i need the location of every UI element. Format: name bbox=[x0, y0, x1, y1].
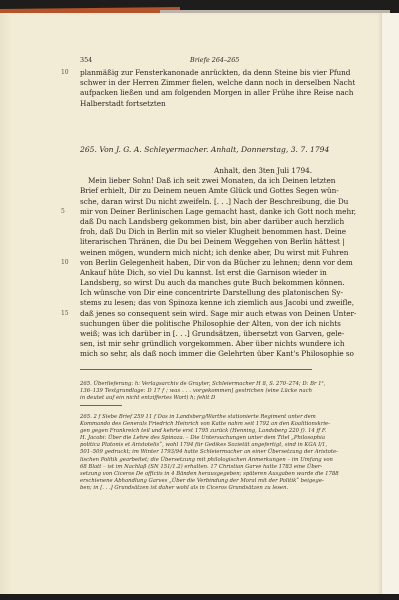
text-line: literarischen Thränen, die Du bei Deinem… bbox=[80, 237, 312, 247]
commentary-line: setzung von Ciceros De officiis in 4 Bän… bbox=[80, 471, 312, 478]
text-line: 10 planmäßig zur Fensterkanonade anrückt… bbox=[80, 68, 312, 78]
text-line: mich so sehr, als daß noch immer die Gel… bbox=[80, 349, 312, 359]
text-line: 5 mir von Deiner Berlinischen Lage gemac… bbox=[80, 207, 312, 217]
text-line: froh, daß Du Dich in Berlin mit so viele… bbox=[80, 227, 312, 237]
text-line: Ankauf hüte Dich, so viel Du kannst. Ist… bbox=[80, 268, 312, 278]
text-line: daß Du nach Landsberg gekommen bist, bin… bbox=[80, 217, 312, 227]
commentary-line: ben; in [. . .] Grundsätzen ist daher wo… bbox=[80, 485, 312, 492]
line-number: 15 bbox=[61, 309, 73, 319]
line-number: 10 bbox=[61, 68, 73, 78]
text-line: Halberstadt fortsetzten bbox=[80, 99, 312, 109]
text-line: Ich wünsche von Dir eine concentrirte Da… bbox=[80, 288, 312, 298]
commentary-line: 68 Blatt – ist im Nachlaß (SN 151/1.2) e… bbox=[80, 464, 312, 471]
apparatus-line: in deutet auf ein nicht entziffertes Wor… bbox=[80, 395, 312, 402]
previous-letter-ending: 10 planmäßig zur Fensterkanonade anrückt… bbox=[80, 68, 312, 109]
text-line: Brief erhielt, Dir zu Deinem neuen Amte … bbox=[80, 186, 312, 196]
commentary-divider bbox=[80, 405, 122, 406]
text-line: sen, ist mir sehr gründlich vorgekommen.… bbox=[80, 339, 312, 349]
commentary-line: 265. 2 f Siebe Brief 259 11 f Das in Lan… bbox=[80, 414, 312, 421]
running-head-title: Briefe 264–265 bbox=[190, 56, 239, 64]
apparatus-divider bbox=[80, 369, 312, 370]
text-line: sche, daran wirst Du nicht zweifeln. [. … bbox=[80, 197, 312, 207]
text-line: schwer in der Herren Zimmer fielen, welc… bbox=[80, 78, 312, 88]
commentary-line: lischen Politik gearbeitet; die Übersetz… bbox=[80, 457, 312, 464]
text-line: Mein lieber Sohn! Daß ich seit zwei Mona… bbox=[80, 176, 312, 186]
running-head: 354 Briefe 264–265 bbox=[80, 56, 380, 66]
commentary-line: 501–509 gedruckt; im Winter 1793/94 hatt… bbox=[80, 449, 312, 456]
commentary: 265. 2 f Siebe Brief 259 11 f Das in Lan… bbox=[80, 414, 312, 492]
line-number: 10 bbox=[61, 258, 73, 268]
text-line: stems zu lesen; das von Spinoza kenne ic… bbox=[80, 298, 312, 308]
letter-body: Anhalt, den 3ten Juli 1794. Mein lieber … bbox=[80, 166, 312, 360]
text-line: weinen mögen, wundern mich nicht; ich de… bbox=[80, 248, 312, 258]
line-number: 5 bbox=[61, 207, 73, 217]
text-line: suchungen über die politische Philosophi… bbox=[80, 319, 312, 329]
text-line: aufpacken ließen und am folgenden Morgen… bbox=[80, 88, 312, 98]
text-line: 10 von Berlin Gelegenheit haben, Dir von… bbox=[80, 258, 312, 268]
letter-heading: 265. Von J. G. A. Schleyermacher. Anhalt… bbox=[80, 145, 312, 154]
text-line: 15 daß jenes so consequent sein wird. Sa… bbox=[80, 309, 312, 319]
textual-apparatus: 265. Überlieferung: h: Verlagsarchiv de … bbox=[80, 381, 312, 402]
book-photo: 354 Briefe 264–265 10 planmäßig zur Fens… bbox=[0, 0, 399, 600]
commentary-line: erschienene Abhandlung Garves „Über die … bbox=[80, 478, 312, 485]
page-content: 354 Briefe 264–265 10 planmäßig zur Fens… bbox=[0, 0, 399, 600]
text-line: Landsberg, so wirst Du auch da manches g… bbox=[80, 278, 312, 288]
text-line: weiß; was ich darüber in [. . .] Grundsä… bbox=[80, 329, 312, 339]
letter-dateline: Anhalt, den 3ten Juli 1794. bbox=[80, 166, 312, 176]
page-number: 354 bbox=[80, 56, 92, 64]
